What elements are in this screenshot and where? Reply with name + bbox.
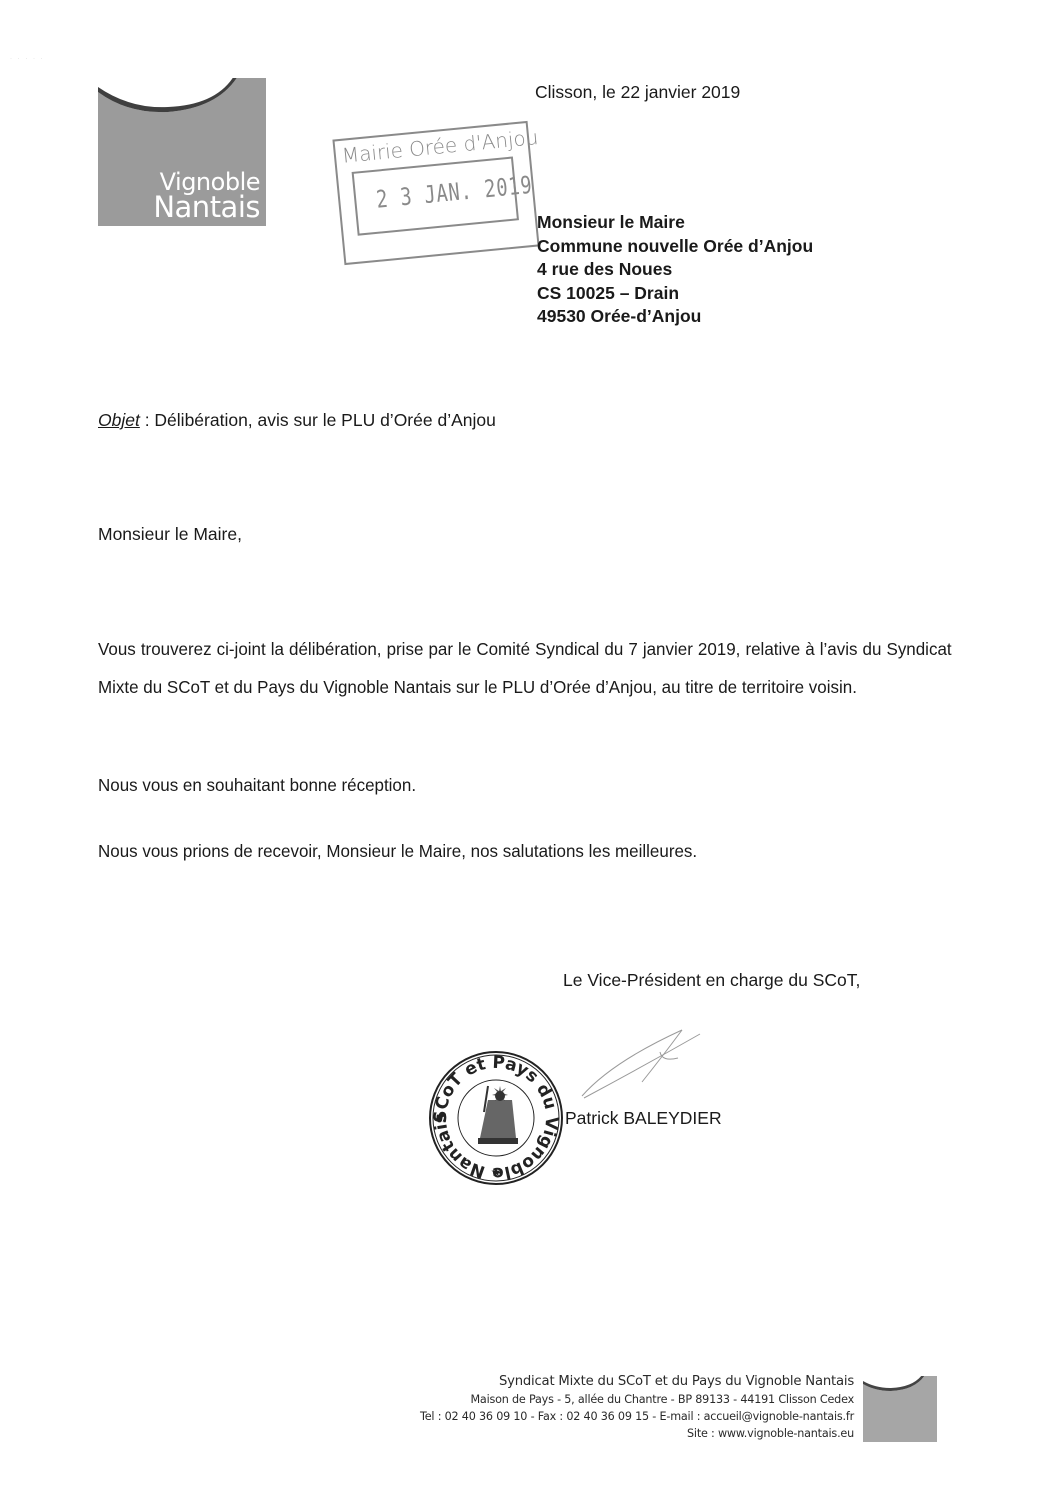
recipient-line: Monsieur le Maire	[537, 211, 813, 235]
signatory-name: Patrick BALEYDIER	[565, 1108, 722, 1129]
signatory-title: Le Vice-Président en charge du SCoT,	[563, 970, 860, 991]
scan-artifact: · · · · ·	[10, 56, 45, 62]
footer-contact-line: Tel : 02 40 36 09 10 - Fax : 02 40 36 09…	[420, 1408, 854, 1425]
body-paragraph-3: Nous vous prions de recevoir, Monsieur l…	[98, 832, 952, 870]
recipient-line: 49530 Orée-d’Anjou	[537, 305, 813, 329]
salutation: Monsieur le Maire,	[98, 524, 242, 545]
official-seal-icon: SCoT et Pays du Vignoble Nantais ★	[428, 1050, 564, 1186]
letter-date: Clisson, le 22 janvier 2019	[535, 82, 740, 103]
vignoble-nantais-logo: Vignoble Nantais	[98, 78, 266, 226]
footer-logo-icon	[863, 1376, 937, 1442]
subject-label: Objet	[98, 410, 140, 430]
footer-site: Site : www.vignoble-nantais.eu	[420, 1425, 854, 1442]
recipient-line: CS 10025 – Drain	[537, 282, 813, 306]
body-paragraph-2: Nous vous en souhaitant bonne réception.	[98, 766, 952, 804]
stamp-date: 2 3 JAN. 2019	[375, 171, 534, 214]
subject-line: Objet : Délibération, avis sur le PLU d’…	[98, 410, 496, 431]
body-paragraph-1: Vous trouverez ci-joint la délibération,…	[98, 630, 952, 706]
svg-text:★: ★	[491, 1165, 502, 1179]
footer-contact: Syndicat Mixte du SCoT et du Pays du Vig…	[420, 1373, 854, 1442]
subject-text: Délibération, avis sur le PLU d’Orée d’A…	[154, 410, 495, 430]
footer-address: Maison de Pays - 5, allée du Chantre - B…	[420, 1391, 854, 1408]
logo-line-2: Nantais	[153, 195, 260, 220]
recipient-line: 4 rue des Noues	[537, 258, 813, 282]
stamp-date-box: 2 3 JAN. 2019	[352, 156, 519, 235]
footer-organization: Syndicat Mixte du SCoT et du Pays du Vig…	[420, 1373, 854, 1391]
recipient-line: Commune nouvelle Orée d’Anjou	[537, 235, 813, 259]
received-stamp: Mairie Orée d'Anjou 2 3 JAN. 2019	[332, 121, 539, 265]
recipient-address: Monsieur le Maire Commune nouvelle Orée …	[537, 211, 813, 329]
handwritten-signature-icon	[572, 1022, 712, 1102]
subject-separator: :	[140, 410, 155, 430]
